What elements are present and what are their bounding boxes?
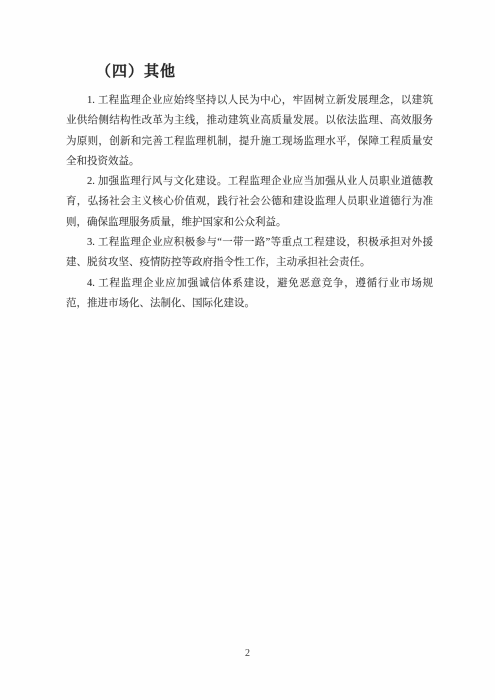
paragraph-1: 1. 工程监理企业应始终坚持以人民为中心，牢固树立新发展理念，以建筑业供给侧结构… [66,91,433,172]
section-heading: （四）其他 [66,60,433,81]
document-content: （四）其他 1. 工程监理企业应始终坚持以人民为中心，牢固树立新发展理念，以建筑… [66,60,433,314]
paragraph-4: 4. 工程监理企业应加强诚信体系建设，避免恶意竞争，遵循行业市场规范，推进市场化… [66,274,433,315]
page-number: 2 [0,648,495,659]
document-page: （四）其他 1. 工程监理企业应始终坚持以人民为中心，牢固树立新发展理念，以建筑… [0,0,495,700]
paragraph-2: 2. 加强监理行风与文化建设。工程监理企业应当加强从业人员职业道德教育，弘扬社会… [66,172,433,233]
paragraph-3: 3. 工程监理企业应积极参与“一带一路”等重点工程建设，积极承担对外援建、脱贫攻… [66,233,433,274]
